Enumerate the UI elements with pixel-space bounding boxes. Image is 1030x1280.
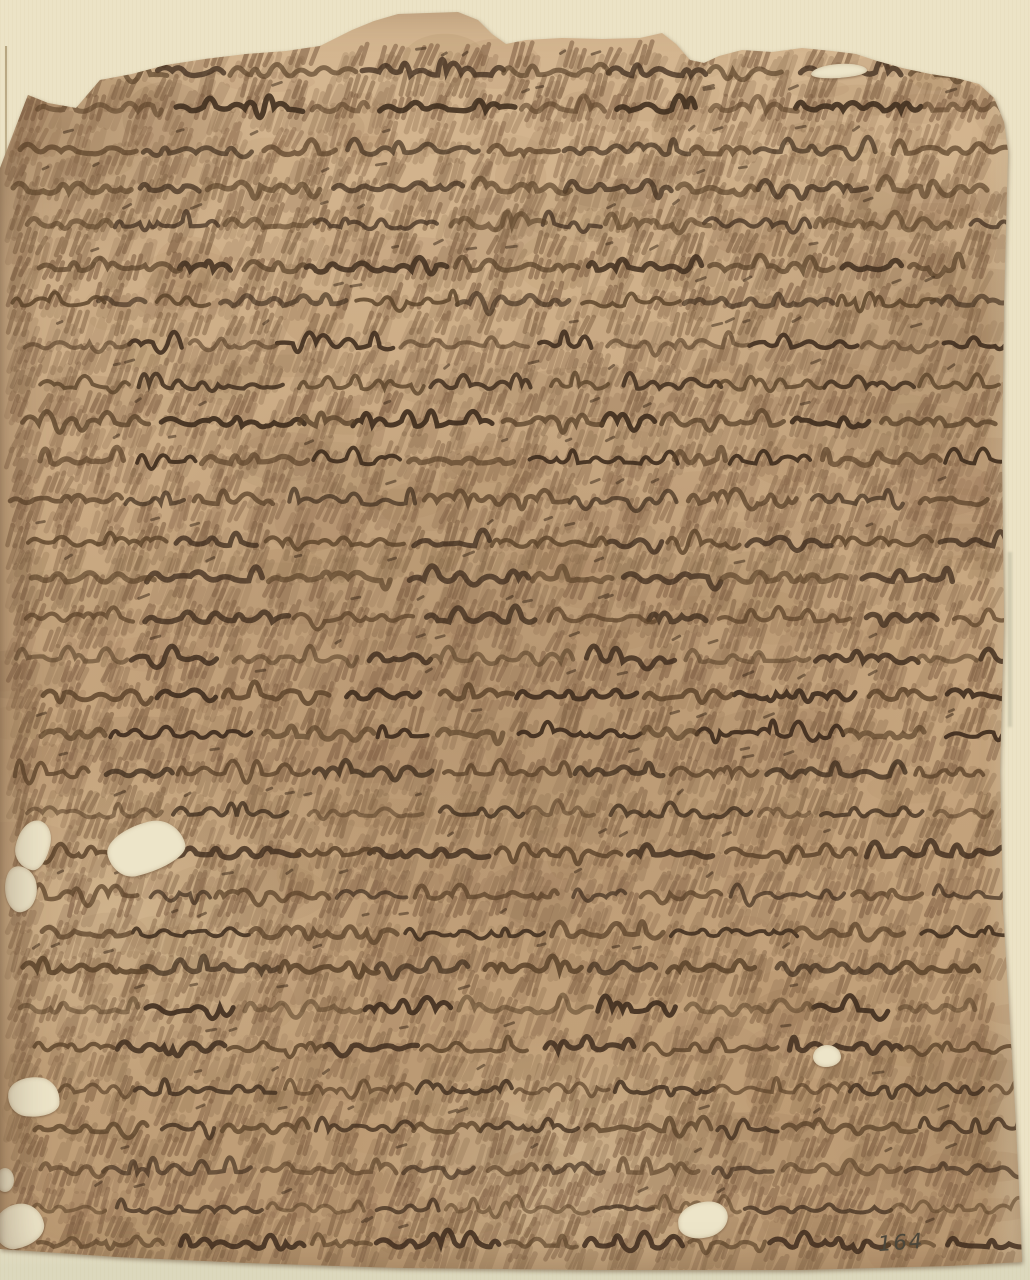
- page-number-label: 164: [877, 1228, 939, 1256]
- letter-sheet-wrap: 164: [0, 0, 1030, 1280]
- scanned-manuscript-page: 164: [0, 0, 1030, 1280]
- paper-hole: [813, 1045, 841, 1067]
- letter-sheet: 164: [0, 0, 1030, 1280]
- handwriting-layer: [0, 0, 1030, 1280]
